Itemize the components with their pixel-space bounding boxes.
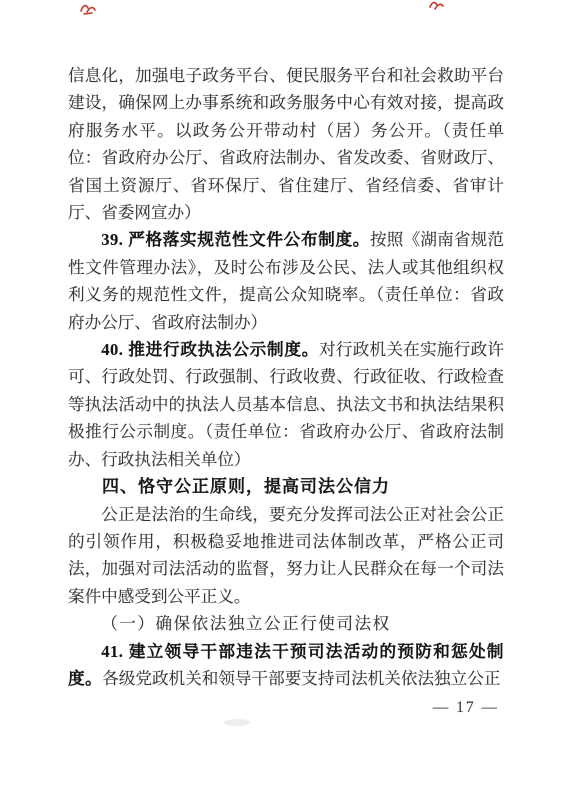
numbered-item-41: 41. 建立领导干部违法干预司法活动的预防和惩处制度。各级党政机关和领导干部要支… [68,638,504,693]
item-41-body: 各级党政机关和领导干部要支持司法机关依法独立公正 [102,669,500,688]
item-39-title: 39. 严格落实规范性文件公布制度。 [101,230,370,249]
paragraph-text: 信息化，加强电子政务平台、便民服务平台和社会救助平台建设，确保网上办事系统和政务… [68,66,504,222]
page-number: — 17 — [433,699,499,717]
item-40-title: 40. 推进行政执法公示制度。 [101,340,319,359]
red-pen-mark-icon [79,2,97,16]
sub-heading-one: （一）确保依法独立公正行使司法权 [68,610,504,637]
scanned-document-page: 信息化，加强电子政务平台、便民服务平台和社会救助平台建设，确保网上办事系统和政务… [0,0,567,802]
paragraph-justice-intro: 公正是法治的生命线，要充分发挥司法公正对社会公正的引领作用，积极稳妥地推进司法体… [68,501,504,611]
section-heading-four: 四、恪守公正原则，提高司法公信力 [68,473,504,500]
item-40-body: 对行政机关在实施行政许可、行政处罚、行政强制、行政收费、行政征收、行政检查等执法… [68,340,504,469]
scan-smudge [224,719,250,726]
numbered-item-39: 39. 严格落实规范性文件公布制度。按照《湖南省规范性文件管理办法》，及时公布涉… [68,226,504,336]
paragraph-continuation: 信息化，加强电子政务平台、便民服务平台和社会救助平台建设，确保网上办事系统和政务… [68,62,504,226]
page-content: 信息化，加强电子政务平台、便民服务平台和社会救助平台建设，确保网上办事系统和政务… [68,62,504,692]
paragraph-text: 公正是法治的生命线，要充分发挥司法公正对社会公正的引领作用，积极稳妥地推进司法体… [68,505,504,606]
numbered-item-40: 40. 推进行政执法公示制度。对行政机关在实施行政许可、行政处罚、行政强制、行政… [68,336,504,473]
red-pen-mark-icon [428,0,444,11]
